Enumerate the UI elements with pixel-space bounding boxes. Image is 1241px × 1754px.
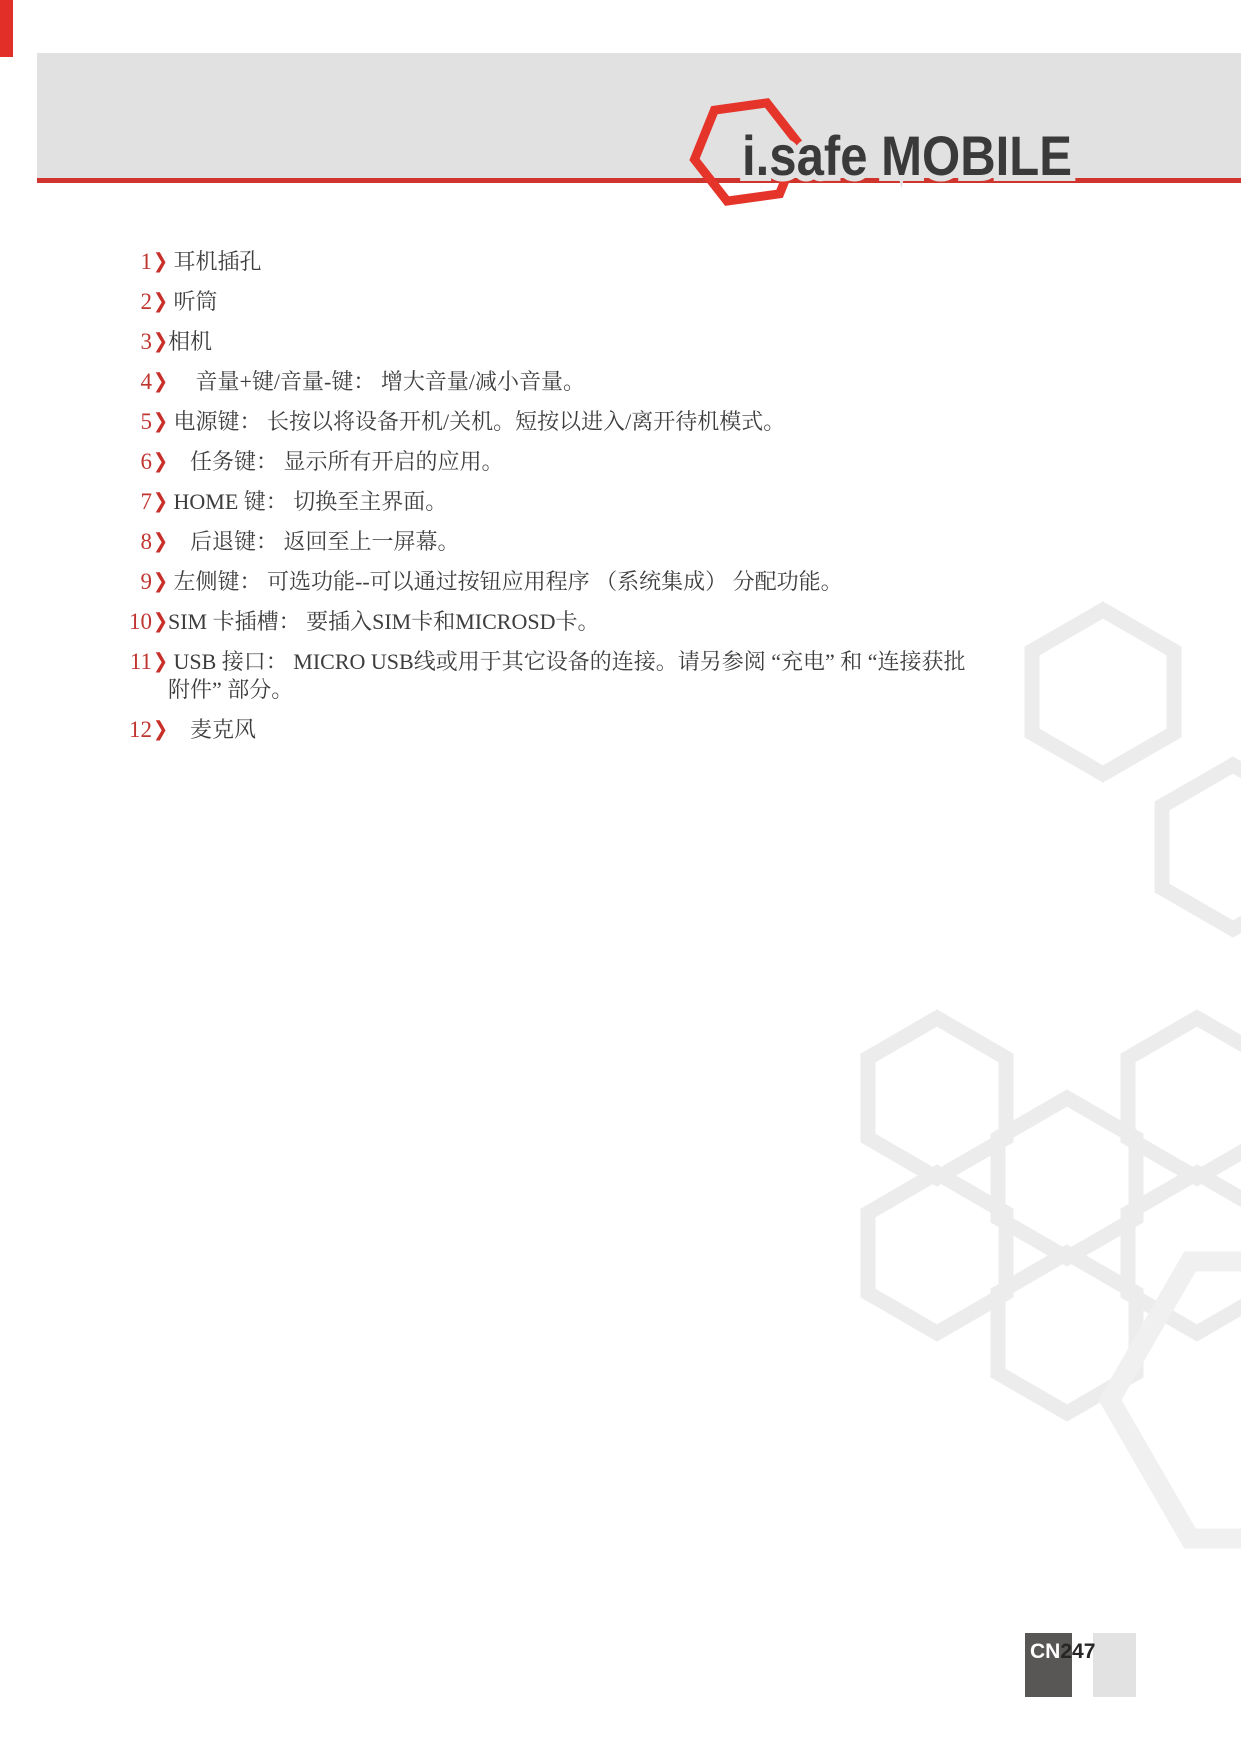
list-item-text: 麦克风: [168, 716, 256, 744]
list-item: 6 ❯ 任务键： 显示所有开启的应用。: [128, 448, 1008, 476]
list-item-text: 任务键： 显示所有开启的应用。: [168, 448, 504, 476]
footer-light-box: [1093, 1633, 1136, 1697]
list-item-number: 7: [128, 488, 152, 516]
list-item-text: 电源键： 长按以将设备开机/关机。短按以进入/离开待机模式。: [168, 408, 785, 436]
watermark-hexagon-icon: [868, 1173, 1006, 1333]
chevron-right-icon: ❯: [153, 646, 168, 677]
chevron-right-icon: ❯: [153, 526, 168, 557]
header-band: [37, 53, 1241, 179]
chevron-right-icon: ❯: [153, 486, 168, 517]
chevron-right-icon: ❯: [153, 406, 168, 437]
list-item-text: 相机: [168, 328, 212, 356]
list-item-text: 耳机插孔: [168, 248, 262, 276]
list-item-number: 4: [128, 368, 152, 396]
list-item: 7 ❯ HOME 键： 切换至主界面。: [128, 488, 1008, 516]
watermark-hexagon-icon: [868, 1018, 1006, 1178]
list-item-number: 5: [128, 408, 152, 436]
list-item: 4 ❯ 音量+键/音量-键： 增大音量/减小音量。: [128, 368, 1008, 396]
chevron-right-icon: ❯: [153, 366, 168, 397]
list-item: 8 ❯ 后退键： 返回至上一屏幕。: [128, 528, 1008, 556]
watermark-hexagon-icon: [1162, 765, 1241, 929]
list-item-number: 8: [128, 528, 152, 556]
header-rule: [37, 178, 1241, 183]
list-item: 10 ❯ SIM 卡插槽： 要插入SIM卡和MICROSD卡。: [128, 608, 1008, 636]
list-item: 5 ❯ 电源键： 长按以将设备开机/关机。短按以进入/离开待机模式。: [128, 408, 1008, 436]
chevron-right-icon: ❯: [153, 286, 168, 317]
page-number: CN247: [1030, 1640, 1095, 1664]
chevron-right-icon: ❯: [153, 606, 168, 637]
parts-list: 1 ❯ 耳机插孔 2 ❯ 听筒 3 ❯ 相机 4 ❯ 音量+键/音量-键： 增大…: [128, 248, 1008, 756]
watermark-hexagon-icon: [1128, 1018, 1241, 1178]
list-item-text: USB 接口： MICRO USB线或用于其它设备的连接。请另参阅 “充电” 和…: [168, 648, 968, 704]
list-item-text: 左侧键： 可选功能--可以通过按钮应用程序 （系统集成） 分配功能。: [168, 568, 843, 596]
list-item: 12 ❯ 麦克风: [128, 716, 1008, 744]
list-item-text: HOME 键： 切换至主界面。: [168, 488, 447, 516]
list-item-text: 后退键： 返回至上一屏幕。: [168, 528, 460, 556]
watermark-hexagon-icon: [998, 1098, 1136, 1258]
list-item: 9 ❯ 左侧键： 可选功能--可以通过按钮应用程序 （系统集成） 分配功能。: [128, 568, 1008, 596]
watermark-hexagon-icon: [1128, 1173, 1241, 1333]
chevron-right-icon: ❯: [153, 566, 168, 597]
list-item: 11 ❯ USB 接口： MICRO USB线或用于其它设备的连接。请另参阅 “…: [128, 648, 1008, 704]
list-item-number: 12: [128, 716, 152, 744]
list-item-number: 1: [128, 248, 152, 276]
page-corner-mark: [0, 0, 13, 57]
list-item-number: 11: [128, 648, 152, 676]
list-item: 2 ❯ 听筒: [128, 288, 1008, 316]
list-item-number: 6: [128, 448, 152, 476]
manual-page: i.safe MOBILE 1 ❯ 耳机插孔 2 ❯ 听筒 3: [0, 0, 1241, 1754]
chevron-right-icon: ❯: [153, 326, 168, 357]
list-item-number: 9: [128, 568, 152, 596]
list-item-number: 10: [128, 608, 152, 636]
footer-country-code: CN: [1030, 1640, 1060, 1663]
list-item-text: 音量+键/音量-键： 增大音量/减小音量。: [168, 368, 585, 396]
chevron-right-icon: ❯: [153, 246, 168, 277]
list-item-text: SIM 卡插槽： 要插入SIM卡和MICROSD卡。: [168, 608, 600, 636]
list-item-number: 2: [128, 288, 152, 316]
footer-page-number: 247: [1060, 1640, 1095, 1663]
list-item-number: 3: [128, 328, 152, 356]
watermark-hexagon-icon: [998, 1253, 1136, 1413]
page-footer: CN247: [1025, 1633, 1145, 1697]
list-item: 3 ❯ 相机: [128, 328, 1008, 356]
watermark-hexagon-icon: [1110, 1261, 1241, 1538]
chevron-right-icon: ❯: [153, 446, 168, 477]
chevron-right-icon: ❯: [153, 714, 168, 745]
list-item-text: 听筒: [168, 288, 218, 316]
list-item: 1 ❯ 耳机插孔: [128, 248, 1008, 276]
watermark-hexagon-icon: [1032, 610, 1174, 774]
